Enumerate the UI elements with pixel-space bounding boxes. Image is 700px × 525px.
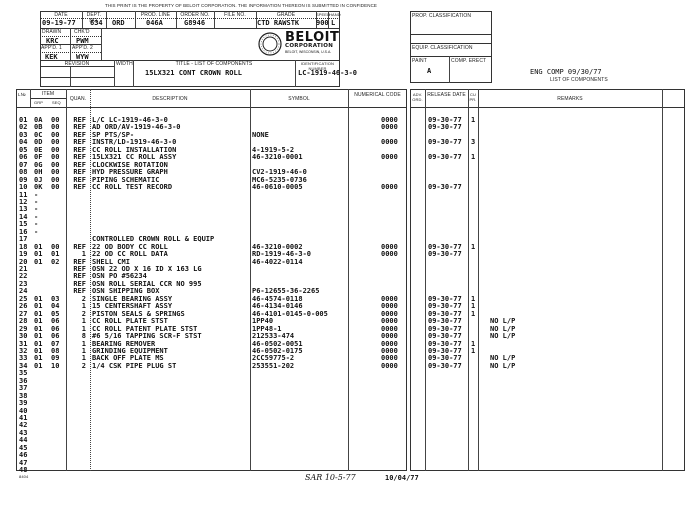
col-grp: GRP [34, 100, 43, 105]
cell-line-number: 48 [19, 466, 27, 474]
paint-value: A [427, 67, 431, 75]
hand-value: L [331, 19, 335, 27]
col-cu-pr: CU PR. [468, 92, 478, 102]
eng-comp-date: ENG COMP 09/30/77 [530, 68, 602, 76]
col-description: DESCRIPTION [90, 96, 250, 102]
date-label: DATE [40, 12, 82, 18]
paint-label: PAINT [412, 58, 427, 64]
col-adv-ord: ADV. ORD. [410, 92, 425, 102]
date-value: 09-19-77 [42, 19, 76, 27]
beloit-logo: BELOIT CORPORATION BELOIT, WISCONSIN, U.… [258, 30, 338, 58]
title-label: TITLE - LIST OF COMPONENTS [133, 61, 295, 67]
col-release-date: RELEASE DATE [425, 92, 468, 98]
col-quan: QUAN. [66, 96, 90, 102]
revision-label: REVISION [40, 61, 114, 67]
grade-label: GRADE [256, 12, 316, 18]
col-remarks: REMARKS [478, 96, 662, 102]
speed-value: 900 [316, 19, 329, 27]
speed-label: SPEED [316, 12, 328, 17]
order-no-label: ORDER NO. [176, 12, 214, 18]
date-stamp: 10/04/77 [385, 474, 419, 482]
checked-label: CHK'D [74, 29, 90, 35]
drawn-value: KRC [46, 37, 59, 45]
equip-classification-label: EQUIP. CLASSIFICATION [412, 45, 473, 51]
dept-value: 634 [90, 19, 103, 27]
approved1-label: APP'D. 1 [41, 45, 62, 51]
prop-classification-label: PROP. CLASSIFICATION [412, 13, 471, 19]
comp-erect-label: COMP. ERECT [451, 58, 486, 64]
company-sub: CORPORATION [285, 43, 333, 49]
checked-value: PWM [76, 37, 89, 45]
list-heading: LIST OF COMPONENTS [550, 77, 608, 83]
identification-number: LC-1919-46-3-0 [298, 69, 357, 77]
col-numerical-code: NUMERICAL CODE [348, 92, 407, 98]
col-seq: SEQ [52, 100, 61, 105]
company-location: BELOIT, WISCONSIN, U.S.A. [285, 50, 331, 54]
form-number: 8404 [19, 474, 28, 479]
components-rows: 010A00REFL/C LC-1919-46-3-0000009-30-771… [0, 116, 700, 476]
confidentiality-notice: THIS PRINT IS THE PROPERTY OF BELOIT COR… [105, 3, 377, 8]
beloit-seal-icon [258, 32, 282, 56]
approved2-value: WYW [76, 53, 89, 61]
ord-value: ORD [112, 19, 125, 27]
col-line-number: L№ [18, 92, 26, 97]
col-item: ITEM [30, 91, 66, 97]
grade-value: CTD RAWSTK [257, 19, 299, 27]
order-no-value: G8946 [184, 19, 205, 27]
prod-line-value: 046A [146, 19, 163, 27]
col-symbol: SYMBOL [250, 96, 348, 102]
hand-label: HAND [329, 12, 341, 17]
width-label: WIDTH [116, 61, 133, 67]
prod-line-label: PROD. LINE [135, 12, 176, 18]
approved2-label: APP'D. 2 [72, 45, 93, 51]
drawn-label: DRAWN [42, 29, 61, 35]
drawing-title: 15LX321 CONT CROWN ROLL [145, 69, 242, 77]
signature: SAR 10-5-77 [305, 473, 356, 482]
file-no-label: FILE NO. [214, 12, 256, 18]
approved1-value: KEK [45, 53, 58, 61]
